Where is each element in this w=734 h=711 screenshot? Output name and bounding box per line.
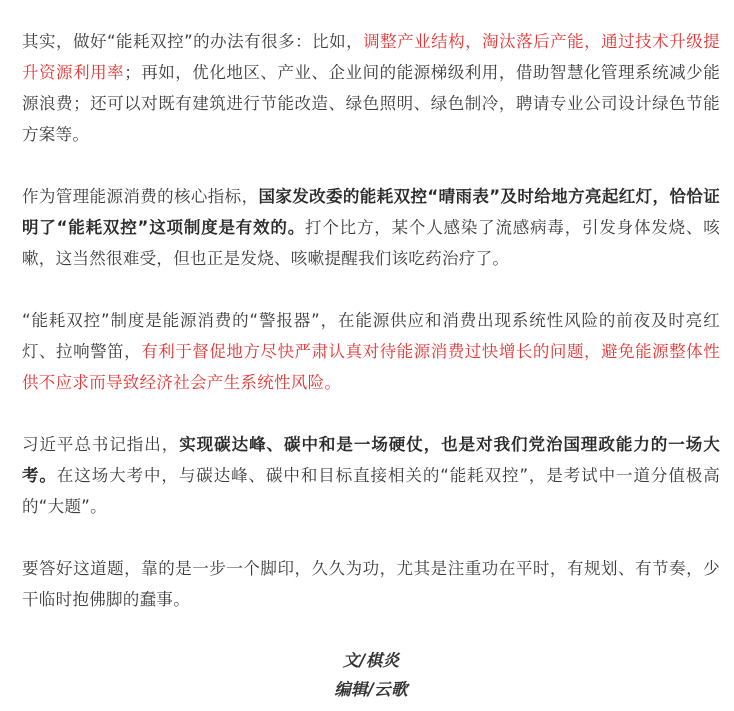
text-segment: 要答好这道题，靠的是一步一个脚印，久久为功，尤其是注重功在平时，有规划、有节奏，… (22, 559, 720, 609)
editor-credit: 编辑/云歌 (22, 675, 720, 704)
paragraph-indicator: 作为管理能源消费的核心指标，国家发改委的能耗双控“晴雨表”及时给地方亮起红灯，恰… (22, 181, 720, 274)
text-segment: 其实，做好“能耗双控”的办法有很多：比如， (22, 32, 363, 51)
paragraph-conclusion: 要答好这道题，靠的是一步一个脚印，久久为功，尤其是注重功在平时，有规划、有节奏，… (22, 553, 720, 615)
paragraph-alarm: “能耗双控”制度是能源消费的“警报器”，在能源供应和消费出现系统性风险的前夜及时… (22, 305, 720, 398)
text-segment: ；再如，优化地区、产业、企业间的能源梯级利用，借助智慧化管理系统减少能源浪费；还… (22, 63, 720, 144)
text-segment: 习近平总书记指出， (22, 435, 179, 454)
article-body: 其实，做好“能耗双控”的办法有很多：比如，调整产业结构，淘汰落后产能，通过技术升… (0, 0, 734, 704)
paragraph-exam: 习近平总书记指出，实现碳达峰、碳中和是一场硬仗，也是对我们党治国理政能力的一场大… (22, 429, 720, 522)
byline: 文/棋炎 编辑/云歌 (22, 646, 720, 704)
paragraph-methods: 其实，做好“能耗双控”的办法有很多：比如，调整产业结构，淘汰落后产能，通过技术升… (22, 26, 720, 150)
author-credit: 文/棋炎 (22, 646, 720, 675)
text-segment: 在这场大考中，与碳达峰、碳中和目标直接相关的“能耗双控”，是考试中一道分值极高的… (22, 466, 720, 516)
text-segment: 作为管理能源消费的核心指标， (22, 187, 258, 206)
